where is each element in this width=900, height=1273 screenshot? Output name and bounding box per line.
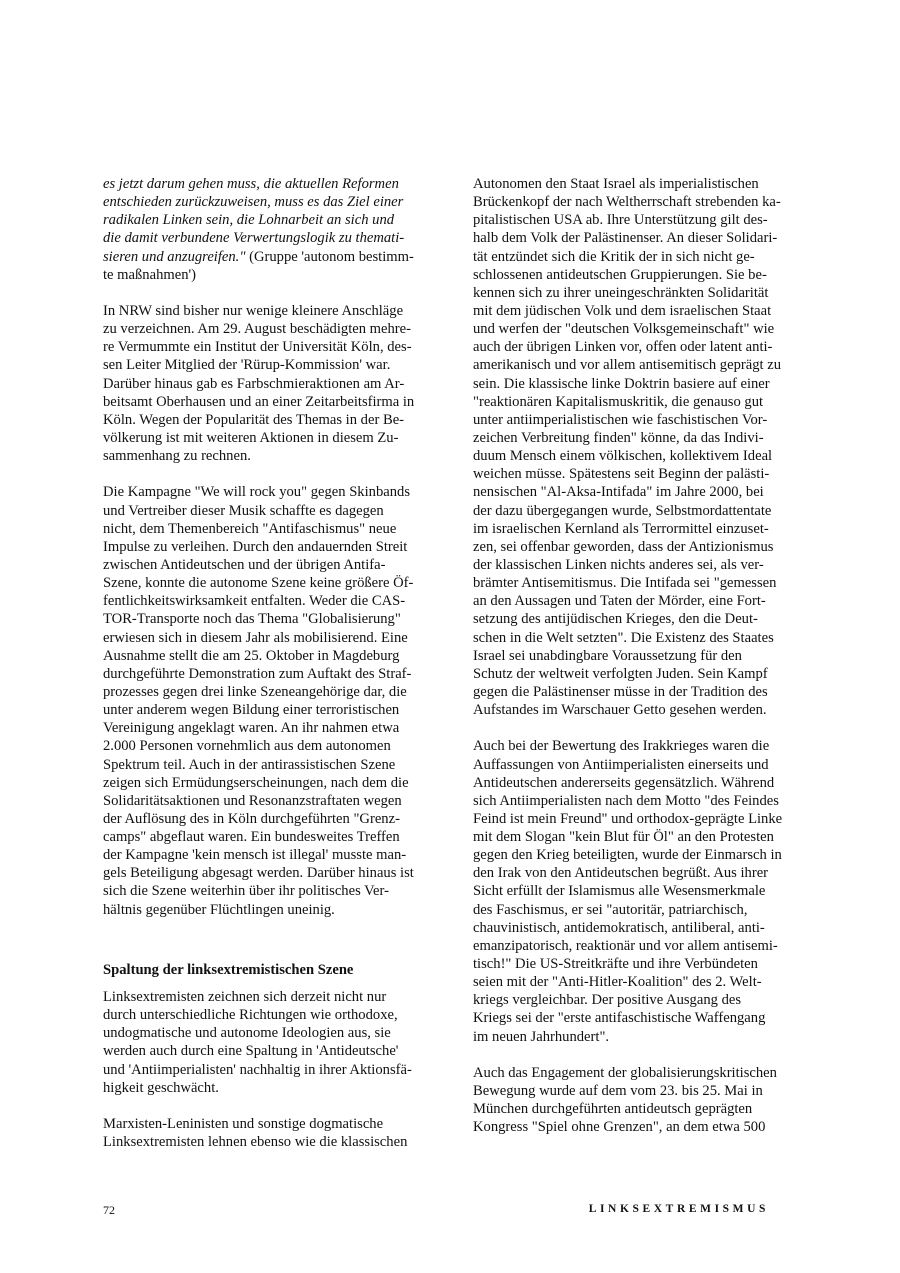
text-line: Brückenkopf der nach Weltherrschaft stre… [473,193,813,211]
text-line: schlossenen antideutschen Gruppierungen.… [473,266,813,284]
text-line: tisch!" Die US-Streitkräfte und ihre Ver… [473,955,813,973]
section-heading: Spaltung der linksextremistischen Szene [103,961,433,979]
text-line: emanzipatorisch, reaktionär und vor alle… [473,937,813,955]
text-line: auch der übrigen Linken vor, offen oder … [473,338,813,356]
text-line: 2.000 Personen vornehmlich aus dem auton… [103,737,433,755]
text-line: Vereinigung angeklagt waren. An ihr nahm… [103,719,433,737]
text-line: es jetzt darum gehen muss, die aktuellen… [103,175,433,193]
quote-attribution: (Gruppe 'autonom bestimm- [245,249,413,265]
text-line: Sicht erfüllt der Islamismus alle Wesens… [473,882,813,900]
text-line: camps" abgeflaut waren. Ein bundesweites… [103,828,433,846]
text-line: prozesses gegen drei linke Szeneangehöri… [103,683,433,701]
text-line: Szene, konnte die autonome Szene keine g… [103,574,433,592]
text-line: Marxisten-Leninisten und sonstige dogmat… [103,1115,433,1133]
paragraph-irak: Auch bei der Bewertung des Irakkrieges w… [473,737,813,1045]
text-line: gels Beteiligung abgesagt werden. Darübe… [103,864,433,882]
paragraph-kampagne: Die Kampagne "We will rock you" gegen Sk… [103,483,433,918]
text-line: völkerung ist mit weiteren Aktionen in d… [103,429,433,447]
text-line: der Kampagne 'kein mensch ist illegal' m… [103,846,433,864]
text-line: beitsamt Oberhausen und an einer Zeitarb… [103,393,433,411]
text-line: Darüber hinaus gab es Farbschmieraktione… [103,375,433,393]
text-line: mit dem jüdischen Volk und dem israelisc… [473,302,813,320]
text-line: undogmatische und autonome Ideologien au… [103,1024,433,1042]
text-line: die damit verbundene Verwertungslogik zu… [103,229,433,247]
text-line: re Vermummte ein Institut der Universitä… [103,338,433,356]
text-line: und werfen der "deutschen Volksgemeinsch… [473,320,813,338]
text-line: tät entzündet sich die Kritik der in sic… [473,248,813,266]
text-line: zeigen sich Ermüdungserscheinungen, nach… [103,774,433,792]
page-number: 72 [103,1203,115,1218]
text-line: sammenhang zu rechnen. [103,447,433,465]
text-line: der klassischen Linken nichts anderes se… [473,556,813,574]
text-line: seien mit der "Anti-Hitler-Koalition" de… [473,973,813,991]
text-line: unter anderem wegen Bildung einer terror… [103,701,433,719]
text-line: Bewegung wurde auf dem vom 23. bis 25. M… [473,1082,813,1100]
text-line: radikalen Linken sein, die Lohnarbeit an… [103,211,433,229]
paragraph-marxisten: Marxisten-Leninisten und sonstige dogmat… [103,1115,433,1151]
text-line: schen in die Welt setzten". Die Existenz… [473,629,813,647]
left-column: es jetzt darum gehen muss, die aktuellen… [103,175,433,1151]
text-line: zwischen Antideutschen und der übrigen A… [103,556,433,574]
text-line: higkeit geschwächt. [103,1079,433,1097]
text-line: Kriegs sei der "erste antifaschistische … [473,1009,813,1027]
paragraph-nrw: In NRW sind bisher nur wenige kleinere A… [103,302,433,465]
text-line: und Vertreiber dieser Musik schaffte es … [103,502,433,520]
text-line: zu verzeichnen. Am 29. August beschädigt… [103,320,433,338]
text-line: Impulse zu verleihen. Durch den andauern… [103,538,433,556]
text-line: und 'Antiimperialisten' nachhaltig in ih… [103,1061,433,1079]
text-line: der dazu übergegangen wurde, Selbstmorda… [473,502,813,520]
text-line: setzung des antijüdischen Krieges, den d… [473,610,813,628]
text-line: brämter Antisemitismus. Die Intifada sei… [473,574,813,592]
paragraph-autonome: Autonomen den Staat Israel als imperiali… [473,175,813,719]
text-line: hältnis gegenüber Flüchtlingen uneinig. [103,901,433,919]
text-line: mit dem Slogan "kein Blut für Öl" an den… [473,828,813,846]
text-line: amerikanisch und vor allem antisemitisch… [473,356,813,374]
text-line: sieren und anzugreifen." (Gruppe 'autono… [103,248,433,266]
text-line: unter antiimperialistischen wie faschist… [473,411,813,429]
text-line: Antideutschen andererseits gegensätzlich… [473,774,813,792]
text-line: sich Antiimperialisten nach dem Motto "d… [473,792,813,810]
text-line: Kongress "Spiel ohne Grenzen", an dem et… [473,1118,813,1136]
text-line: zen, sei offenbar geworden, dass der Ant… [473,538,813,556]
text-line: werden auch durch eine Spaltung in 'Anti… [103,1042,433,1060]
text-line: Solidaritätsaktionen und Resonanzstrafta… [103,792,433,810]
text-line: duum Mensch einem völkischen, kollektive… [473,447,813,465]
text-line: Schutz der weltweit verfolgten Juden. Se… [473,665,813,683]
text-line: sen Leiter Mitglied der 'Rürup-Kommissio… [103,356,433,374]
text-line: kriegs vergleichbar. Der positive Ausgan… [473,991,813,1009]
text-line: München durchgeführten antideutsch geprä… [473,1100,813,1118]
text-line: an den Aussagen und Taten der Mörder, ei… [473,592,813,610]
running-title: LINKSEXTREMISMUS [589,1203,769,1215]
text-line: Auch das Engagement der globalisierungsk… [473,1064,813,1082]
text-line: Ausnahme stellt die am 25. Oktober in Ma… [103,647,433,665]
text-line: chauvinistisch, antidemokratisch, antili… [473,919,813,937]
text-line: im israelischen Kernland als Terrormitte… [473,520,813,538]
quote-paragraph: es jetzt darum gehen muss, die aktuellen… [103,175,433,284]
right-column: Autonomen den Staat Israel als imperiali… [473,175,813,1136]
text-line: "reaktionären Kapitalismuskritik, die ge… [473,393,813,411]
text-line: Spektrum teil. Auch in der antirassistis… [103,756,433,774]
text-line: kennen sich zu ihrer uneingeschränkten S… [473,284,813,302]
text-line: pitalistischen USA ab. Ihre Unterstützun… [473,211,813,229]
text-line: entschieden zurückzuweisen, muss es das … [103,193,433,211]
text-line: zeichen Verbreitung finden" könne, da da… [473,429,813,447]
text-line: weichen müsse. Spätestens seit Beginn de… [473,465,813,483]
text-line: den Irak von den Antideutschen begrüßt. … [473,864,813,882]
text-line: nensischen "Al-Aksa-Intifada" im Jahre 2… [473,483,813,501]
text-line: te maßnahmen') [103,266,433,284]
text-line: Köln. Wegen der Popularität des Themas i… [103,411,433,429]
text-line: gegen die Palästinenser müsse in der Tra… [473,683,813,701]
text-line: durch unterschiedliche Richtungen wie or… [103,1006,433,1024]
text-line: Auch bei der Bewertung des Irakkrieges w… [473,737,813,755]
paragraph-engagement: Auch das Engagement der globalisierungsk… [473,1064,813,1137]
text-line: sein. Die klassische linke Doktrin basie… [473,375,813,393]
text-line: Linksextremisten zeichnen sich derzeit n… [103,988,433,1006]
text-line: In NRW sind bisher nur wenige kleinere A… [103,302,433,320]
text-line: nicht, dem Themenbereich "Antifaschismus… [103,520,433,538]
text-line: im neuen Jahrhundert". [473,1028,813,1046]
text-line: erwiesen sich in diesem Jahr als mobilis… [103,629,433,647]
text-line: Auffassungen von Antiimperialisten einer… [473,756,813,774]
text-line: sich die Szene weiterhin über ihr politi… [103,882,433,900]
text-line: Die Kampagne "We will rock you" gegen Sk… [103,483,433,501]
text-line: durchgeführte Demonstration zum Auftakt … [103,665,433,683]
text-line: der Auflösung des in Köln durchgeführten… [103,810,433,828]
text-line: TOR-Transporte noch das Thema "Globalisi… [103,610,433,628]
text-line: des Faschismus, er sei "autoritär, patri… [473,901,813,919]
text-line: Aufstandes im Warschauer Getto gesehen w… [473,701,813,719]
text-line: halb dem Volk der Palästinenser. An dies… [473,229,813,247]
quote-end: sieren und anzugreifen." [103,249,245,265]
text-line: gegen den Krieg beteiligten, wurde der E… [473,846,813,864]
paragraph-spaltung: Linksextremisten zeichnen sich derzeit n… [103,988,433,1097]
text-line: Linksextremisten lehnen ebenso wie die k… [103,1133,433,1151]
text-line: fentlichkeitswirksamkeit entfalten. Wede… [103,592,433,610]
text-line: Israel sei unabdingbare Voraussetzung fü… [473,647,813,665]
text-line: Autonomen den Staat Israel als imperiali… [473,175,813,193]
text-line: Feind ist mein Freund" und orthodox-gepr… [473,810,813,828]
